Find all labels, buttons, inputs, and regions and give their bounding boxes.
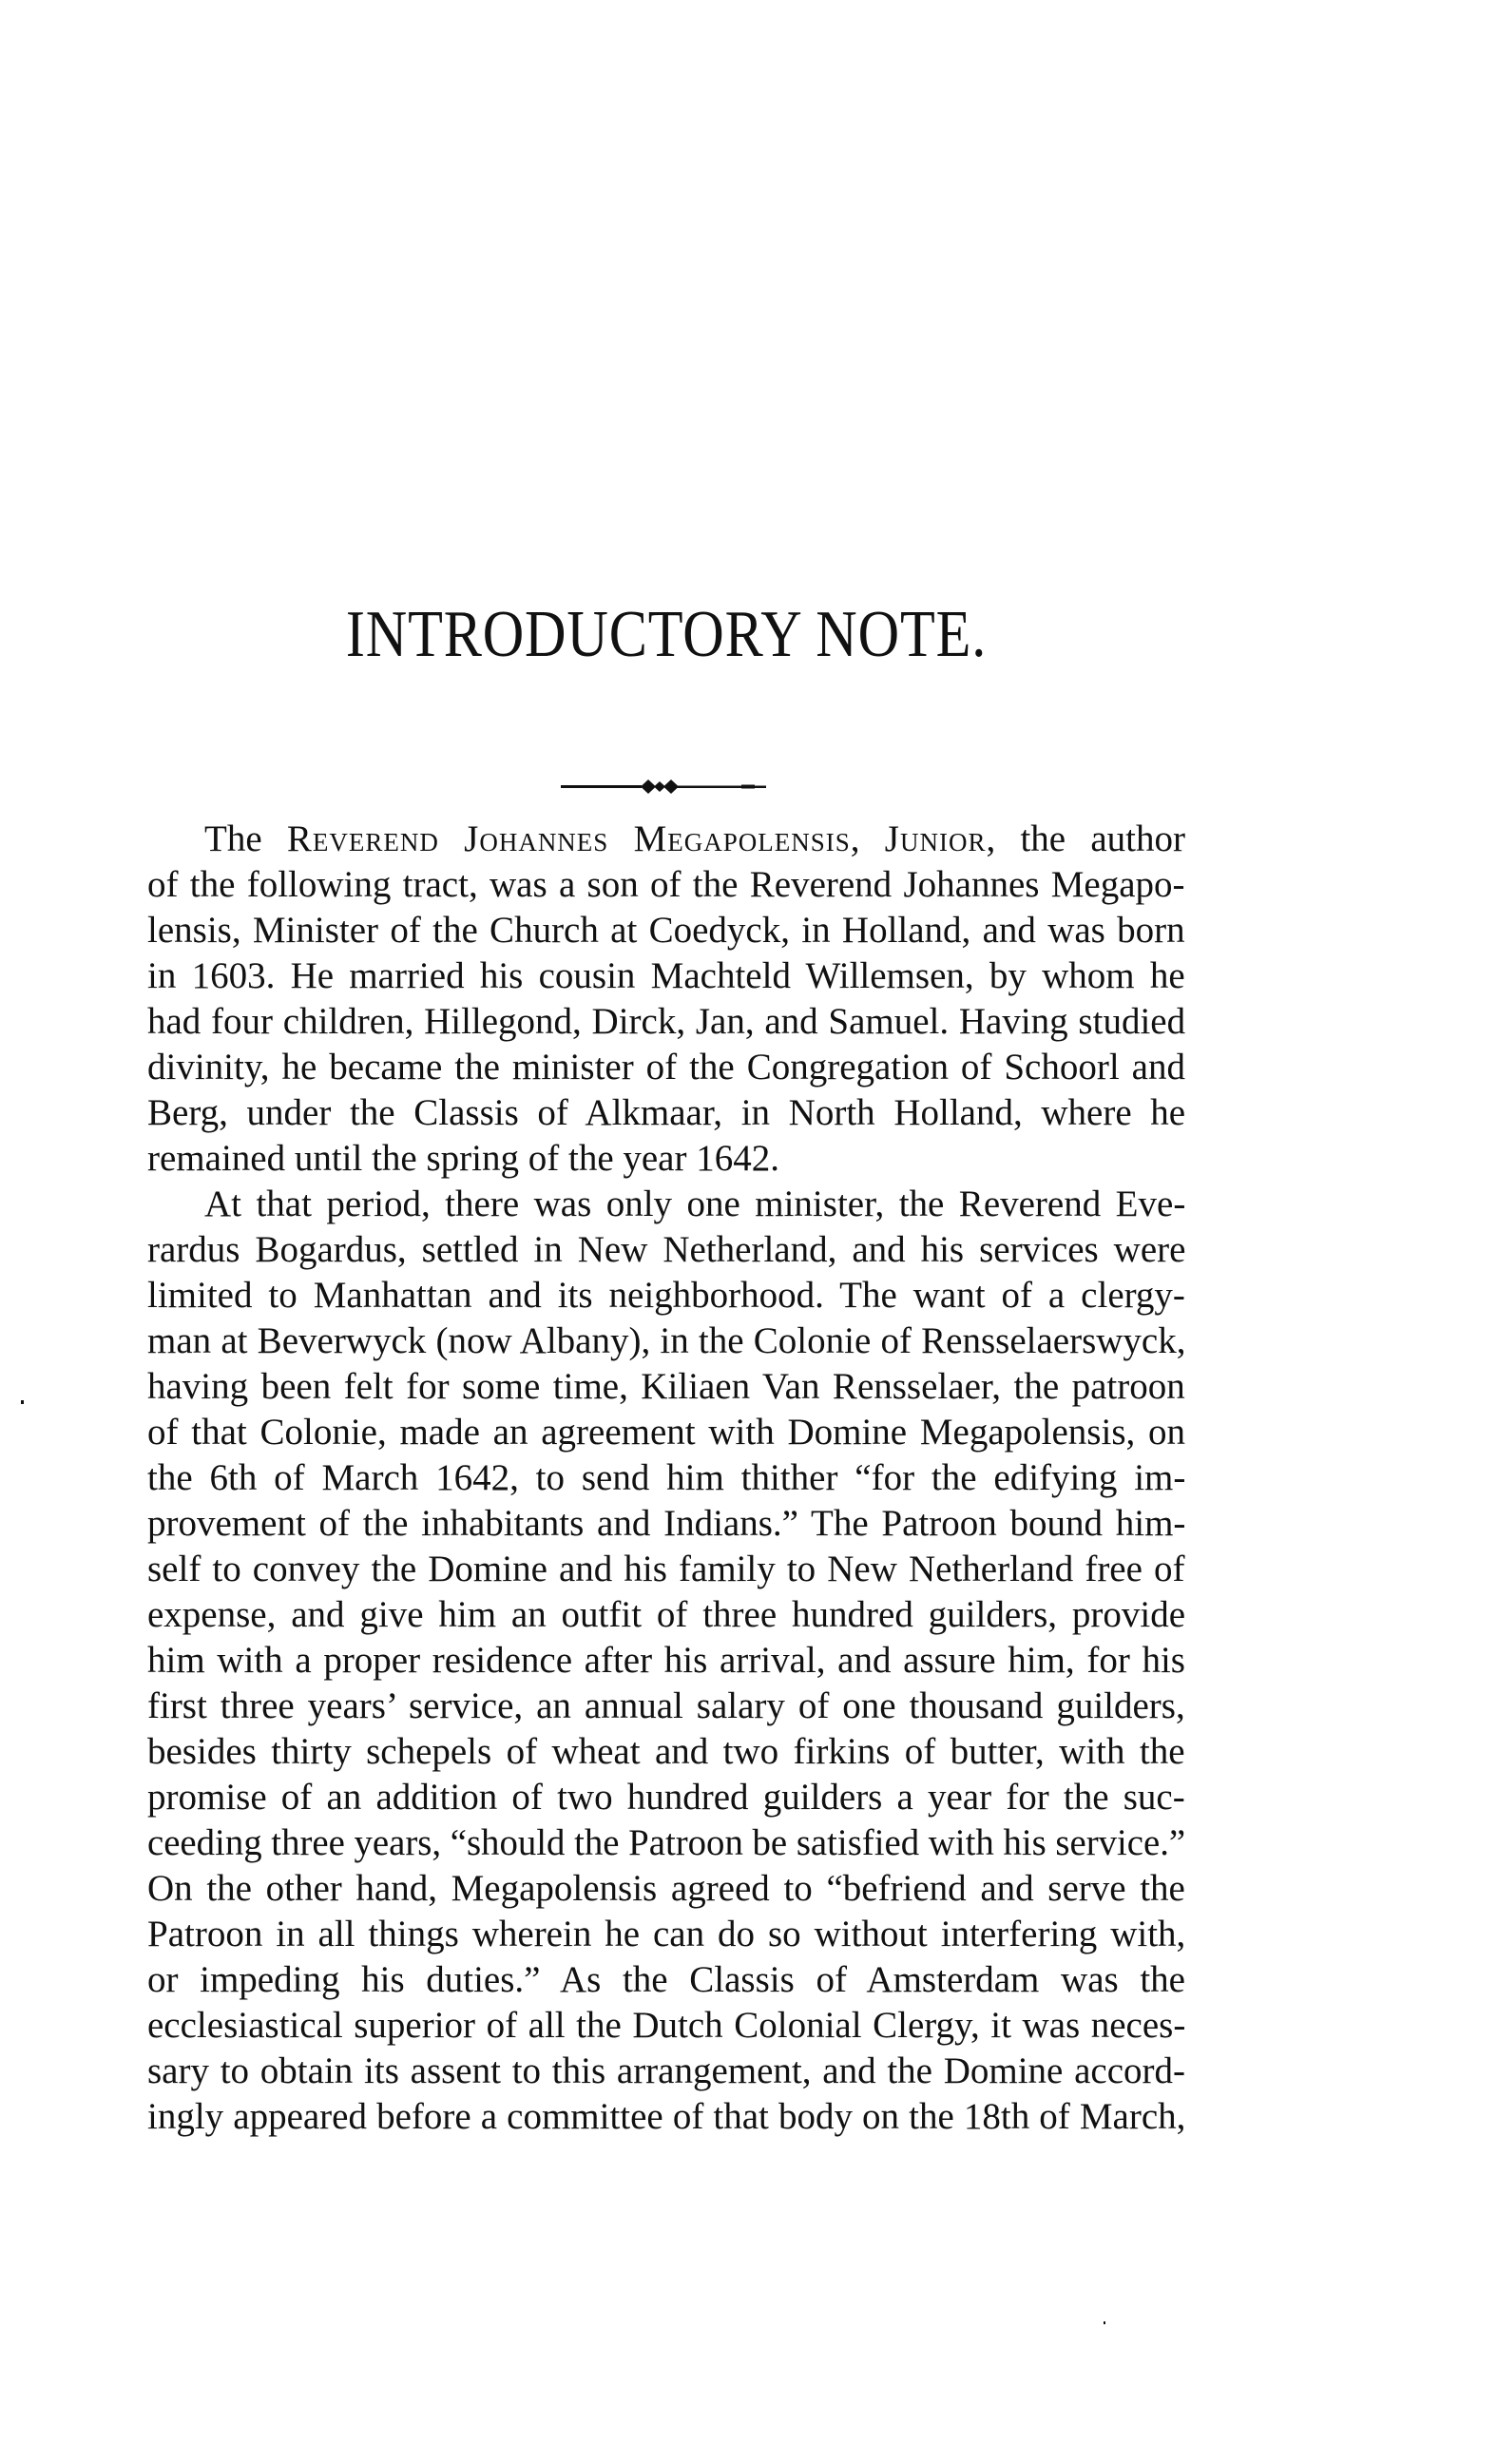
text-line: besides thirty schepels of wheat and two…: [147, 1729, 1185, 1775]
small-caps-megapolensis: Megapolensis: [634, 818, 851, 859]
text-line: Berg, under the Classis of Alkmaar, in N…: [147, 1090, 1185, 1136]
text-line: ceeding three years, “should the Patroon…: [147, 1820, 1185, 1866]
text-line: having been felt for some time, Kiliaen …: [147, 1364, 1185, 1410]
text-line: of the following tract, was a son of the…: [147, 862, 1185, 908]
text-line: had four children, Hillegond, Dirck, Jan…: [147, 999, 1185, 1045]
text-line: ecclesiastical superior of all the Dutch…: [147, 2003, 1185, 2049]
small-caps-reverend: Reverend: [287, 818, 439, 859]
text-line: the 6th of March 1642, to send him thith…: [147, 1455, 1185, 1501]
scan-speck: [1104, 2321, 1105, 2324]
text-line: Patroon in all things wherein he can do …: [147, 1912, 1185, 1957]
paragraph-1-line-1: The Reverend Johannes Megapolensis, Juni…: [204, 817, 1185, 862]
text-line: provement of the inhabitants and Indians…: [147, 1501, 1185, 1547]
text-line: him with a proper residence after his ar…: [147, 1638, 1185, 1684]
text-the-author: , the author: [986, 818, 1185, 859]
text-line: ingly appeared before a committee of tha…: [147, 2094, 1185, 2140]
scanned-book-page: INTRODUCTORY NOTE. The Reverend Johannes…: [0, 0, 1498, 2464]
ornament-rule-icon: [561, 778, 766, 797]
paragraph-2-line-1: At that period, there was only one minis…: [204, 1182, 1185, 1227]
text-line: man at Beverwyck (now Albany), in the Co…: [147, 1319, 1185, 1364]
page-title: INTRODUCTORY NOTE.: [93, 597, 1239, 673]
text-line: rardus Bogardus, settled in New Netherla…: [147, 1227, 1185, 1273]
text-the: The: [204, 818, 262, 859]
text-line: On the other hand, Megapolensis agreed t…: [147, 1866, 1185, 1912]
text-line: of that Colonie, made an agreement with …: [147, 1410, 1185, 1455]
text-line: promise of an addition of two hundred gu…: [147, 1775, 1185, 1820]
small-caps-junior: Junior: [885, 818, 987, 859]
text-line: or impeding his duties.” As the Classis …: [147, 1957, 1185, 2003]
text-line: expense, and give him an outfit of three…: [147, 1592, 1185, 1638]
small-caps-johannes: Johannes: [464, 818, 608, 859]
comma: ,: [851, 818, 860, 859]
text-line: first three years’ service, an annual sa…: [147, 1684, 1185, 1729]
text-line: sary to obtain its assent to this arrang…: [147, 2049, 1185, 2094]
text-line: in 1603. He married his cousin Machteld …: [147, 953, 1185, 999]
text-line: remained until the spring of the year 16…: [147, 1136, 1185, 1182]
text-line: limited to Manhattan and its neighborhoo…: [147, 1273, 1185, 1319]
text-line: self to convey the Domine and his family…: [147, 1547, 1185, 1592]
scan-speck: [21, 1400, 24, 1404]
text-line: lensis, Minister of the Church at Coedyc…: [147, 908, 1185, 953]
text-line: divinity, he became the minister of the …: [147, 1045, 1185, 1090]
